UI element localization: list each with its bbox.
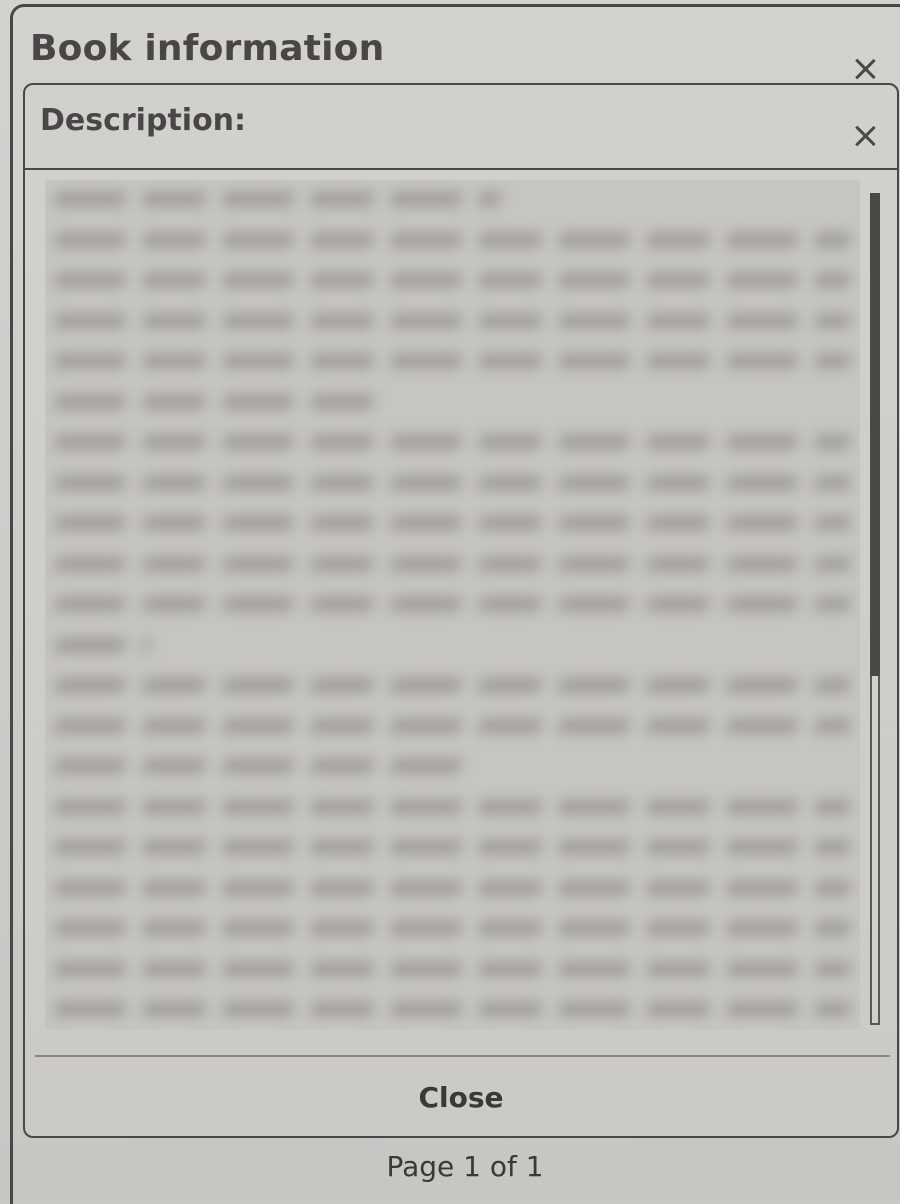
description-line — [53, 516, 853, 530]
dialog-title: Book information — [30, 28, 384, 69]
description-line — [53, 921, 853, 935]
description-line — [53, 314, 853, 328]
scrollbar-thumb[interactable] — [870, 193, 880, 676]
ereader-screen: Book information Description: Close Page… — [0, 0, 900, 1200]
description-title: Description: — [40, 103, 246, 138]
description-line — [53, 638, 153, 652]
description-line — [53, 840, 853, 854]
close-icon[interactable] — [854, 125, 876, 147]
page-indicator: Page 1 of 1 — [0, 1150, 900, 1183]
description-panel: Description: Close — [23, 83, 899, 1138]
description-line — [53, 476, 853, 490]
description-line — [53, 800, 853, 814]
description-line — [53, 881, 853, 895]
description-line — [53, 192, 503, 206]
description-text-blurred — [45, 180, 860, 1030]
description-header: Description: — [25, 85, 897, 170]
description-line — [53, 1002, 853, 1016]
scrollbar[interactable] — [870, 193, 880, 1025]
description-line — [53, 719, 853, 733]
description-line — [53, 759, 471, 773]
description-line — [53, 354, 853, 368]
description-line — [53, 273, 853, 287]
divider — [35, 1055, 890, 1057]
description-line — [53, 962, 853, 976]
description-line — [53, 435, 853, 449]
description-line — [53, 557, 853, 571]
description-line — [53, 395, 391, 409]
description-text-area[interactable] — [45, 180, 860, 1030]
close-button[interactable]: Close — [25, 1060, 897, 1135]
description-line — [53, 233, 853, 247]
description-line — [53, 678, 853, 692]
close-icon[interactable] — [854, 58, 876, 80]
description-line — [53, 597, 853, 611]
